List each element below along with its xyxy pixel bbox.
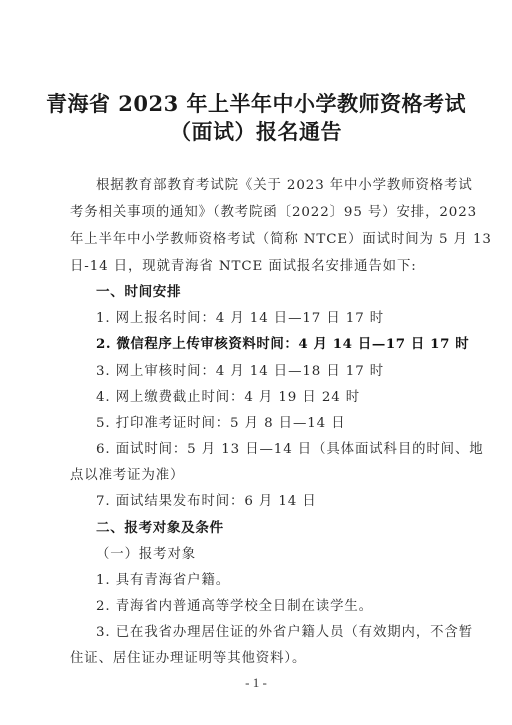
schedule-item-6: 6. 面试时间：5 月 13 日—14 日（具体面试科目的时间、地: [96, 438, 476, 457]
schedule-item-4: 4. 网上缴费截止时间：4 月 19 日 24 时: [96, 386, 476, 405]
schedule-item-6-cont: 点以准考证为准）: [70, 464, 450, 483]
eligibility-item-3-cont: 住证、居住证办理证明等其他资料）。: [70, 647, 450, 666]
document-page: 青海省 2023 年上半年中小学教师资格考试 （面试）报名通告 根据教育部教育考…: [0, 0, 512, 725]
schedule-item-2: 2. 微信程序上传审核资料时间：4 月 14 日—17 日 17 时: [96, 333, 476, 352]
intro-line-1: 根据教育部教育考试院《关于 2023 年中小学教师资格考试: [96, 174, 476, 193]
schedule-item-3: 3. 网上审核时间：4 月 14 日—18 日 17 时: [96, 360, 476, 379]
document-title-line-2: （面试）报名通告: [0, 116, 512, 146]
schedule-item-7: 7. 面试结果发布时间：6 月 14 日: [96, 490, 476, 509]
intro-line-4: 日-14 日，现就青海省 NTCE 面试报名安排通告如下:: [70, 255, 450, 274]
section-heading-schedule: 一、时间安排: [96, 280, 476, 300]
eligibility-item-3: 3. 已在我省办理居住证的外省户籍人员（有效期内，不含暂: [96, 621, 476, 640]
schedule-item-5: 5. 打印准考证时间：5 月 8 日—14 日: [96, 412, 476, 431]
eligibility-item-2: 2. 青海省内普通高等学校全日制在读学生。: [96, 595, 476, 614]
schedule-item-1: 1. 网上报名时间：4 月 14 日—17 日 17 时: [96, 307, 476, 326]
intro-line-3: 年上半年中小学教师资格考试（简称 NTCE）面试时间为 5 月 13: [70, 228, 450, 247]
subsection-heading-applicants: （一）报考对象: [96, 543, 476, 562]
eligibility-item-1: 1. 具有青海省户籍。: [96, 569, 476, 588]
document-title-line-1: 青海省 2023 年上半年中小学教师资格考试: [0, 88, 512, 118]
intro-line-2: 考务相关事项的通知》（教考院函〔2022〕95 号）安排，2023: [70, 201, 450, 220]
page-number: - 1 -: [0, 675, 512, 691]
section-heading-eligibility: 二、报考对象及条件: [96, 516, 476, 536]
